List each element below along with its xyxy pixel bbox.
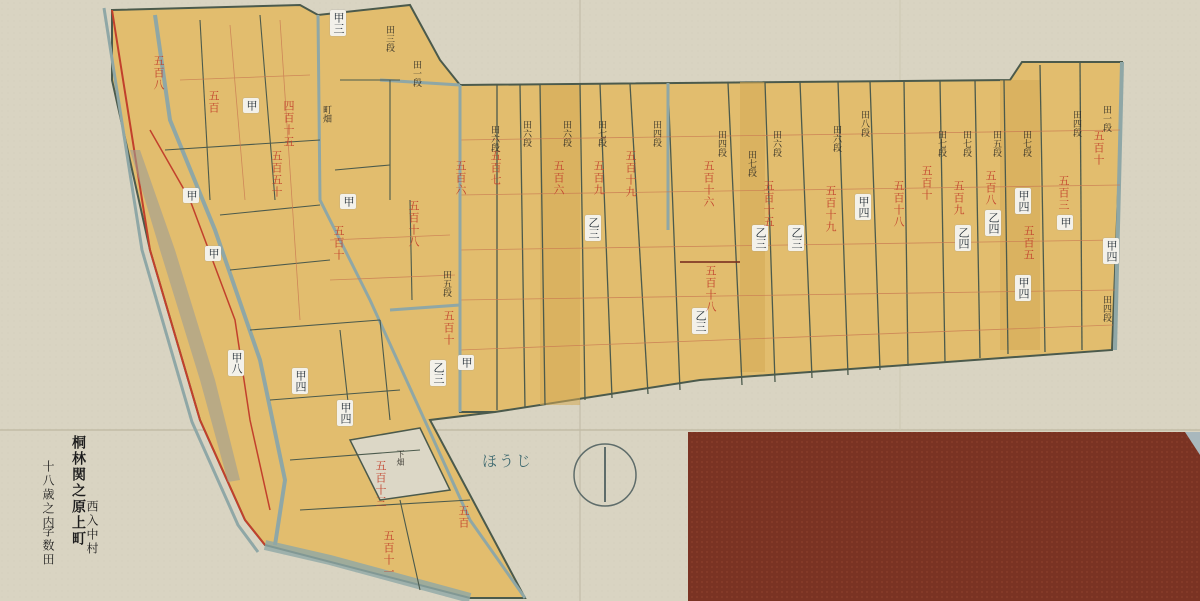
lot-number: 五百十六 — [700, 160, 716, 208]
parcel-tag: 乙四 — [985, 210, 1001, 236]
parcel-tag: 甲四 — [337, 400, 353, 426]
area-label: 田六段 — [560, 120, 573, 147]
area-label: 田五段 — [990, 130, 1003, 157]
area-label: 田四段 — [1100, 295, 1113, 322]
lot-number: 五百五十 — [268, 150, 284, 198]
lot-number: 五百十九 — [622, 150, 638, 198]
parcel-tag: 乙三 — [788, 225, 804, 251]
parcel-tag: 甲 — [340, 194, 356, 209]
area-label: 田四段 — [1070, 110, 1083, 137]
lot-number: 五百 — [205, 90, 221, 114]
area-label: 田六段 — [488, 125, 501, 152]
lot-number: 五百七 — [487, 150, 503, 186]
parcel-tag: 甲 — [243, 98, 259, 113]
lot-number: 五百八 — [982, 170, 998, 206]
parcel-tag: 甲四 — [1103, 238, 1119, 264]
area-label: 田一段 — [410, 60, 423, 87]
area-label: 田六段 — [830, 125, 843, 152]
area-label: 田六段 — [520, 120, 533, 147]
map-title-line3: 十八歳之内 — [40, 460, 57, 530]
lot-number: 五百十八 — [405, 200, 421, 248]
area-label: 町畑 — [320, 105, 333, 123]
lot-number: 四百十五 — [280, 100, 296, 148]
area-label: 田七段 — [745, 150, 758, 177]
blank-plot-label: 下畑 — [395, 450, 406, 466]
map-canvas: 桐林関之原上町 西入中村 十八歳之内 字数田 ほうじ 下畑 甲 甲三 甲 甲 甲… — [0, 0, 1200, 601]
parcel-tag: 甲四 — [1015, 188, 1031, 214]
parcel-tag: 甲 — [205, 246, 221, 261]
area-label: 田三段 — [383, 25, 396, 52]
lot-number: 五百十九 — [822, 185, 838, 233]
lot-number: 五百 — [455, 505, 471, 529]
parcel-tag: 乙三 — [430, 360, 446, 386]
parcel-tag: 甲八 — [228, 350, 244, 376]
lot-number: 五百十 — [1090, 130, 1106, 166]
lot-number: 五百三 — [1055, 175, 1071, 211]
area-label: 田一段 — [1100, 105, 1113, 132]
lot-number: 五百八 — [150, 55, 166, 91]
area-label: 田七段 — [960, 130, 973, 157]
parcel-tag: 甲 — [458, 355, 474, 370]
area-label: 田八段 — [858, 110, 871, 137]
parcel-tag: 甲 — [1057, 215, 1073, 230]
area-label: 田四段 — [650, 120, 663, 147]
lot-number: 五百十 — [330, 225, 346, 261]
map-title-line4: 字数田 — [40, 525, 57, 567]
parcel-tag: 甲四 — [1015, 275, 1031, 301]
parcel-tag: 甲四 — [855, 194, 871, 220]
parcel-tag: 乙三 — [585, 215, 601, 241]
parcel-tag: 乙三 — [752, 225, 768, 251]
lot-number: 五百十 — [440, 310, 456, 346]
brown-mount-board — [688, 432, 1200, 601]
lot-number: 五百五 — [1020, 225, 1036, 261]
area-label: 田七段 — [595, 120, 608, 147]
lot-number: 五百九 — [950, 180, 966, 216]
parcel-tag: 乙四 — [955, 225, 971, 251]
area-label: 田六段 — [770, 130, 783, 157]
area-label: 田七段 — [935, 130, 948, 157]
map-title-line2: 西入中村 — [84, 500, 101, 556]
lot-number: 五百十八 — [702, 265, 718, 313]
lot-number: 五百十三 — [372, 460, 388, 508]
parcel-tag: 甲三 — [330, 10, 346, 36]
lot-number: 五百九 — [590, 160, 606, 196]
lot-number: 五百十五 — [760, 180, 776, 228]
lot-number: 五百十 — [918, 165, 934, 201]
area-label: 田五段 — [440, 270, 453, 297]
parcel-tag: 甲四 — [292, 368, 308, 394]
lot-number: 五百十一 — [380, 530, 396, 578]
compass-annotation: ほうじ — [482, 450, 533, 471]
lot-number: 五百十八 — [890, 180, 906, 228]
lot-number: 五百六 — [452, 160, 468, 196]
parcel-tag: 甲 — [183, 188, 199, 203]
area-label: 田四段 — [715, 130, 728, 157]
lot-number: 五百六 — [550, 160, 566, 196]
area-label: 田七段 — [1020, 130, 1033, 157]
